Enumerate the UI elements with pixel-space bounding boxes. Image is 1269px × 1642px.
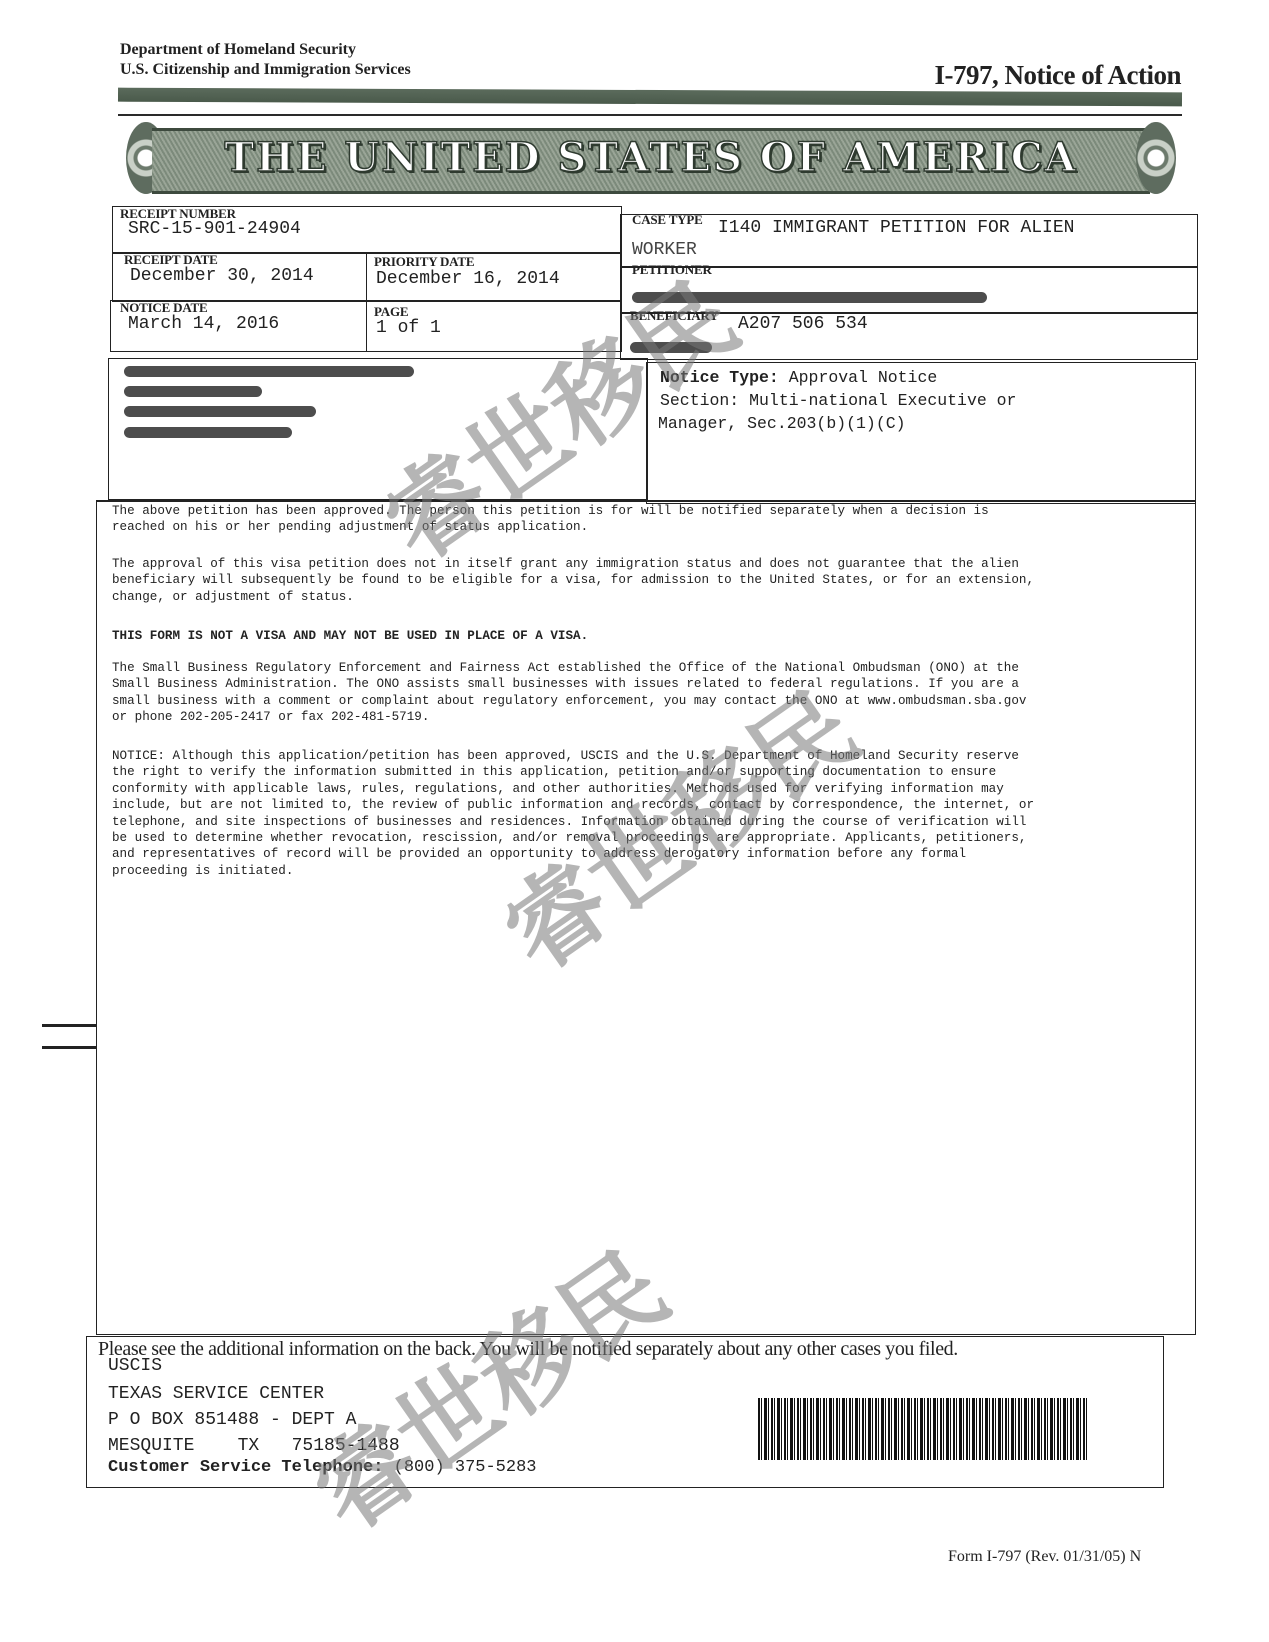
notice-type-value: Approval Notice (789, 368, 938, 387)
priority-date-value: December 16, 2014 (376, 269, 560, 289)
agency-subname: U.S. Citizenship and Immigration Service… (120, 60, 411, 80)
office-line-2: TEXAS SERVICE CENTER (108, 1384, 324, 1404)
case-type-label: CASE TYPE (632, 212, 703, 228)
office-line-1: USCIS (108, 1356, 162, 1376)
agency-header: Department of Homeland Security U.S. Cit… (120, 40, 411, 80)
beneficiary-label: BENEFICIARY (630, 308, 718, 324)
case-type-value-2: WORKER (632, 240, 697, 260)
receipt-date-value: December 30, 2014 (130, 266, 314, 286)
address-line-4-redacted (124, 427, 292, 438)
section-line-2: Manager, Sec.203(b)(1)(C) (658, 414, 906, 433)
verification-notice-paragraph: NOTICE: Although this application/petiti… (112, 748, 1144, 879)
customer-service-phone: Customer Service Telephone: (800) 375-52… (108, 1458, 536, 1477)
header-rule (118, 114, 1182, 116)
notice-type-label: Notice Type: (660, 368, 779, 387)
ombudsman-paragraph: The Small Business Regulatory Enforcemen… (112, 660, 1144, 726)
usa-banner: THE UNITED STATES OF AMERICA (122, 122, 1180, 196)
edge-mark (42, 1024, 96, 1027)
beneficiary-name-redacted (630, 342, 712, 353)
petitioner-label: PETITIONER (632, 262, 712, 278)
banner-text: THE UNITED STATES OF AMERICA (182, 138, 1120, 178)
office-line-4: MESQUITE TX 75185-1488 (108, 1436, 400, 1456)
receipt-number-value: SRC-15-901-24904 (128, 219, 301, 239)
agency-name: Department of Homeland Security (120, 40, 411, 60)
body-box (96, 500, 1196, 1335)
section-line-1: Section: Multi-national Executive or (660, 391, 1016, 410)
case-type-value: I140 IMMIGRANT PETITION FOR ALIEN (718, 218, 1074, 238)
notice-date-value: March 14, 2016 (128, 314, 279, 334)
page-value: 1 of 1 (376, 318, 441, 338)
priority-date-label: PRIORITY DATE (374, 254, 474, 270)
petitioner-redacted (632, 292, 987, 303)
address-line-3-redacted (124, 406, 316, 417)
notice-type-line: Notice Type: Approval Notice (660, 368, 937, 387)
phone-number: (800) 375-5283 (394, 1458, 537, 1477)
address-line-1-redacted (124, 366, 414, 377)
office-line-3: P O BOX 851488 - DEPT A (108, 1410, 356, 1430)
approval-paragraph: The above petition has been approved. Th… (112, 503, 1144, 536)
edge-mark (42, 1046, 96, 1049)
phone-label: Customer Service Telephone: (108, 1458, 383, 1477)
form-title: I-797, Notice of Action (935, 60, 1181, 91)
see-back-notice: Please see the additional information on… (98, 1338, 958, 1361)
address-line-2-redacted (124, 386, 262, 397)
ornament-right-icon (1136, 122, 1176, 194)
beneficiary-value: A207 506 534 (738, 314, 868, 334)
form-revision: Form I-797 (Rev. 01/31/05) N (948, 1548, 1141, 1566)
barcode (758, 1398, 1088, 1460)
visa-status-paragraph: The approval of this visa petition does … (112, 556, 1144, 605)
not-a-visa-warning: THIS FORM IS NOT A VISA AND MAY NOT BE U… (112, 628, 1144, 644)
